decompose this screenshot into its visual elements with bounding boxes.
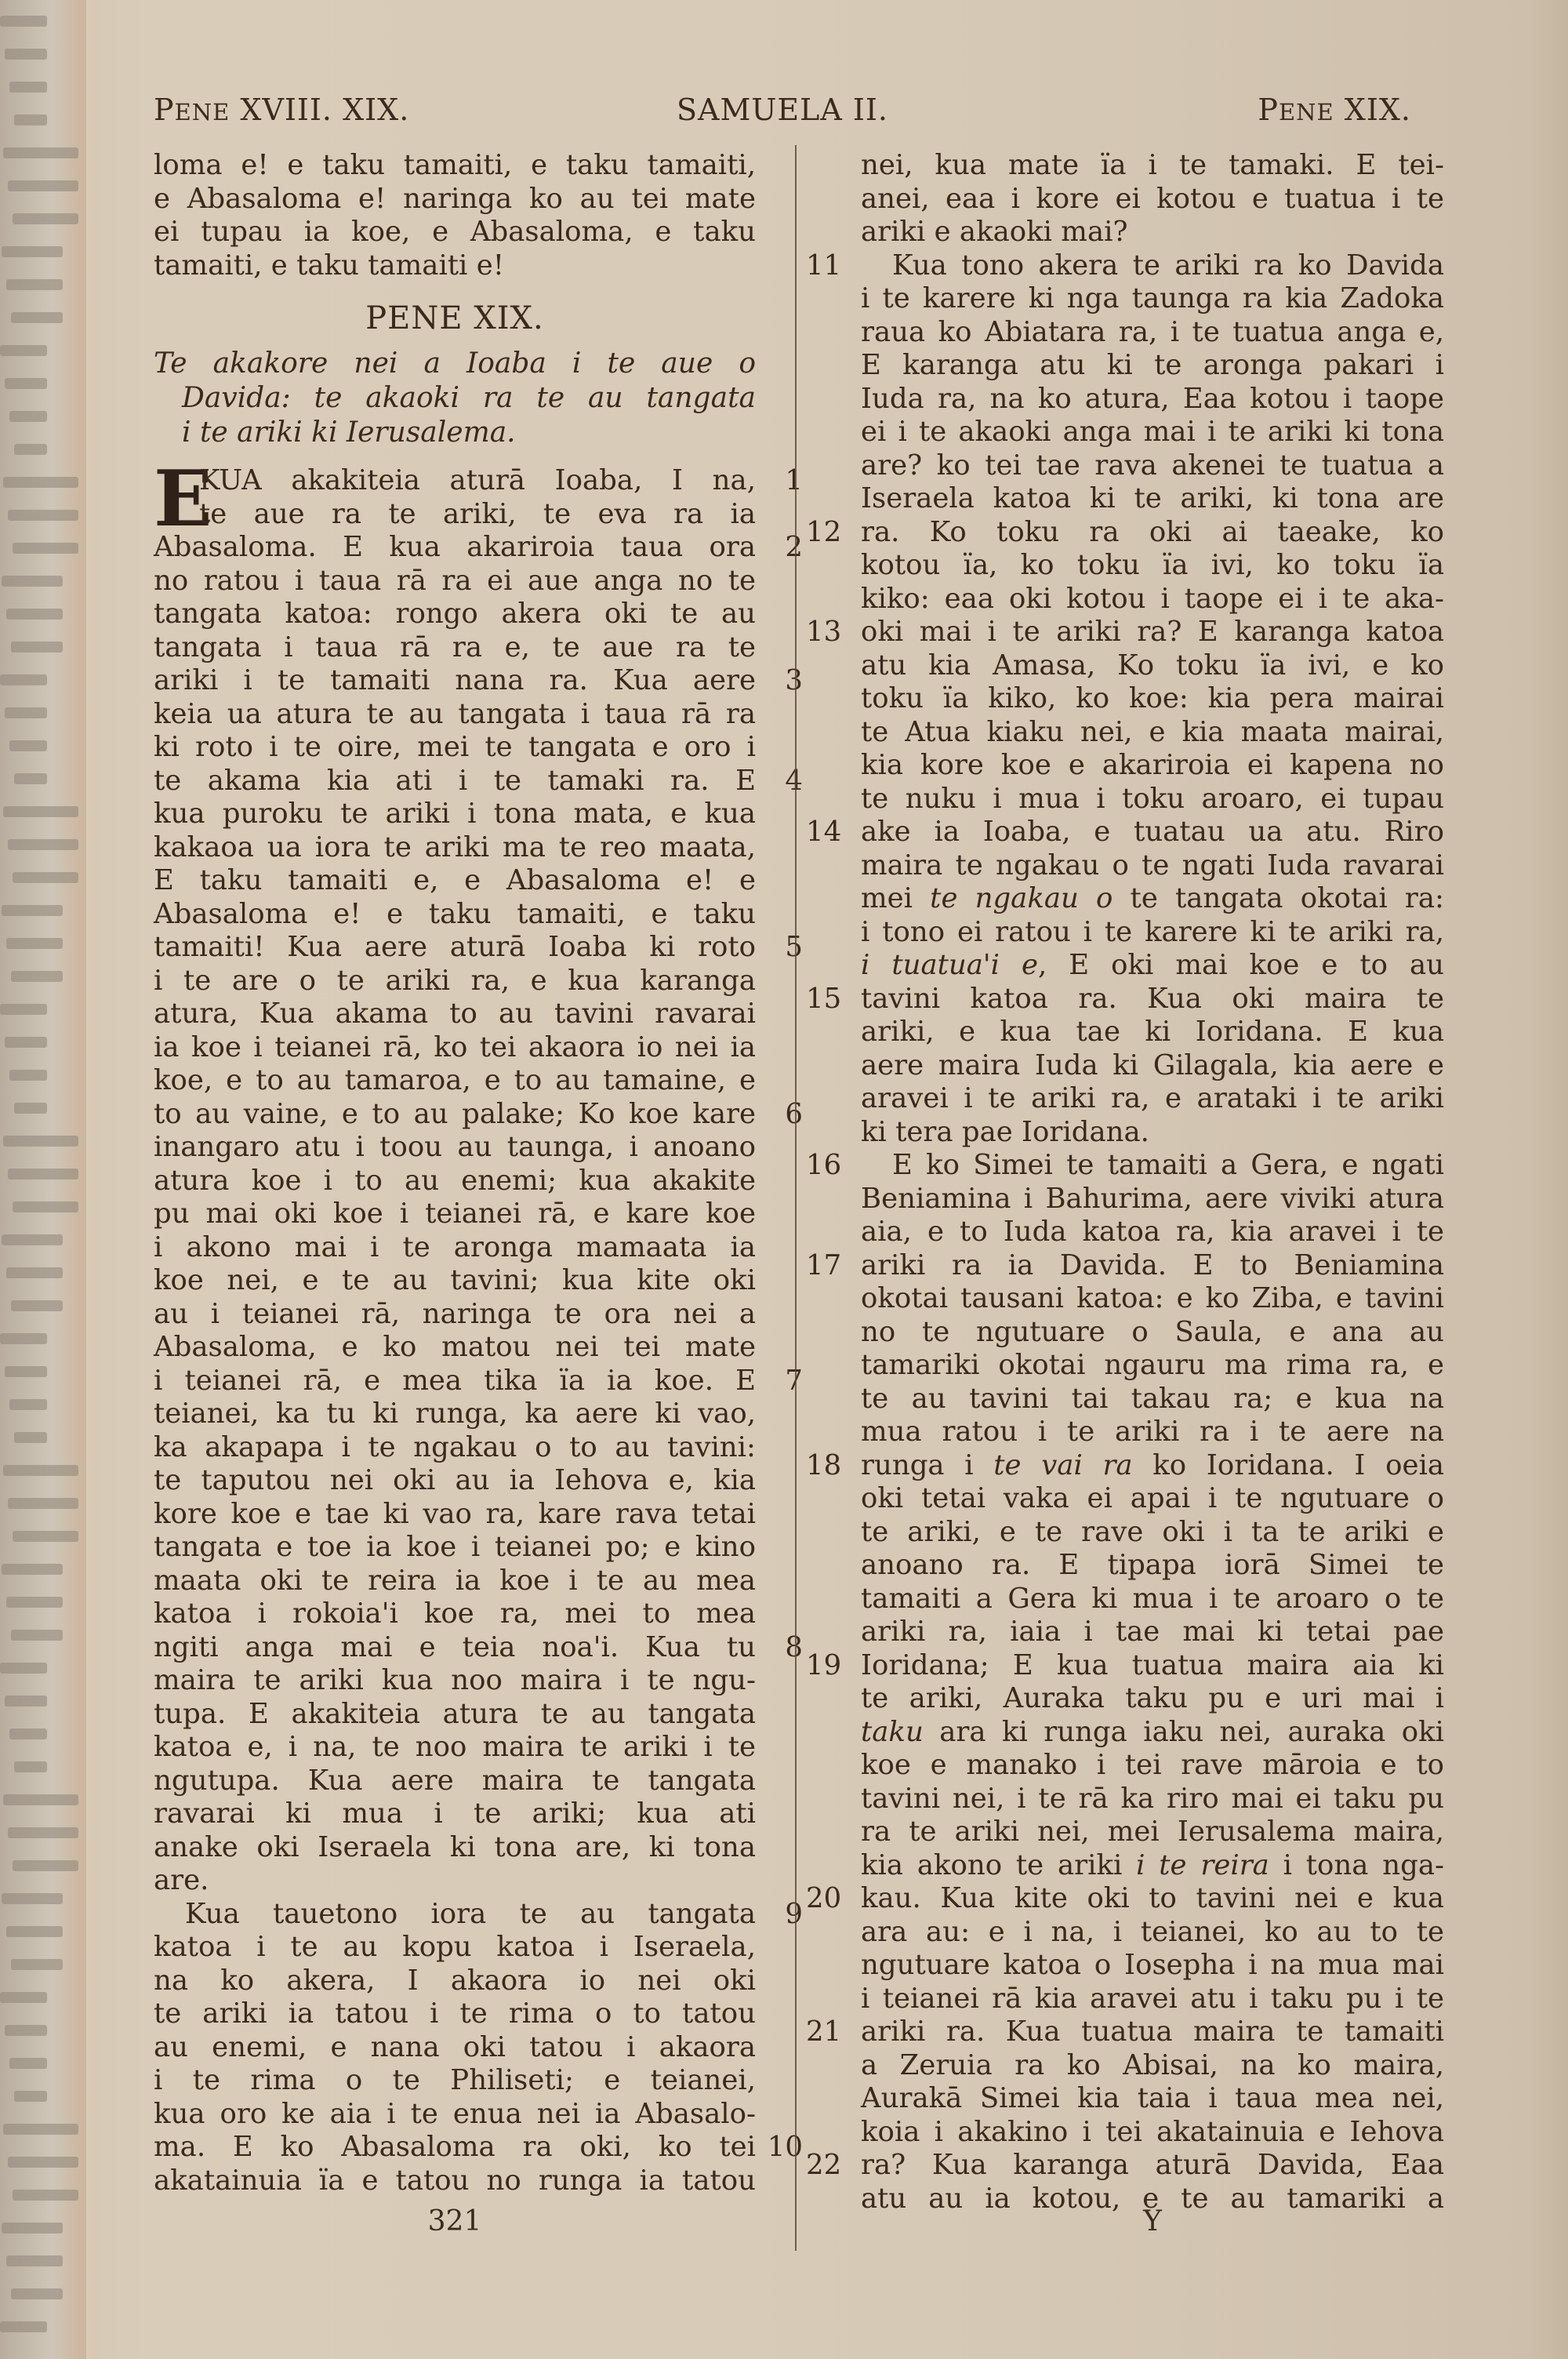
- text-line: runga i te vai ra ko Ioridana. I oeia18: [861, 1449, 1444, 1483]
- text-line: ma. E ko Abasaloma ra oki, ko tei10: [154, 2131, 756, 2165]
- line-text: anake oki Iseraela ki tona are, ki tona: [154, 1831, 756, 1863]
- verse-number: 8: [785, 1631, 803, 1665]
- text-line: koe nei, e te au tavini; kua kite oki: [154, 1264, 756, 1298]
- line-text: ki roto i te oire, mei te tangata e oro …: [154, 731, 756, 763]
- text-line: ara au: e i na, i teianei, ko au to te: [861, 1916, 1444, 1950]
- line-text: e Abasaloma e! naringa ko au tei mate: [154, 183, 756, 215]
- text-line: no ratou i taua rā ra ei aue anga no te: [154, 565, 756, 598]
- line-text: aia, e to Iuda katoa ra, kia aravei i te: [861, 1216, 1444, 1248]
- line-text: tangata i taua rā ra e, te aue ra te: [154, 631, 756, 663]
- text-line: anei, eaa i kore ei kotou e tuatua i te: [861, 183, 1444, 216]
- text-line: tangata katoa: rongo akera oki te au: [154, 598, 756, 631]
- line-text: koe, e to au tamaroa, e to au tamaine, e: [154, 1064, 756, 1096]
- text-line: i tuatua'i e, E oki mai koe e to au: [861, 949, 1444, 983]
- text-line: i akono mai i te aronga mamaata ia: [154, 1231, 756, 1265]
- verse-number: 18: [806, 1449, 841, 1483]
- verse-number: 1: [785, 464, 803, 498]
- line-text: i teianei rā, e mea tika ïa ia koe. E: [154, 1365, 756, 1397]
- text-line: are.: [154, 1864, 756, 1898]
- line-text: ake ia Ioaba, e tuatau ua atu. Riro: [861, 816, 1444, 848]
- text-line: i te karere ki nga taunga ra kia Zadoka: [861, 282, 1444, 316]
- text-line: i te rima o te Philiseti; e teianei,: [154, 2064, 756, 2098]
- text-line: na ko akera, I akaora io nei oki: [154, 1965, 756, 1998]
- text-line: Abasaloma. E kua akariroia taua ora2: [154, 531, 756, 565]
- text-line: ngutupa. Kua aere maira te tangata: [154, 1765, 756, 1798]
- verse-number: 4: [785, 765, 803, 798]
- text-line: koe e manako i tei rave māroia e to: [861, 1749, 1444, 1783]
- line-text: ei i te akaoki anga mai i te ariki ki to…: [861, 416, 1444, 448]
- text-line: te ariki, e te rave oki i ta te ariki e: [861, 1516, 1444, 1550]
- line-text: koe e manako i tei rave māroia e to: [861, 1749, 1444, 1781]
- line-text: te taputou nei oki au ia Iehova e, kia: [154, 1464, 756, 1496]
- line-text: Davida: te akaoki ra te au tangata: [182, 382, 756, 414]
- text-line: kia akono te ariki i te reira i tona nga…: [861, 1849, 1444, 1883]
- text-line: Davida: te akaoki ra te au tangata: [154, 381, 756, 416]
- text-line: au i teianei rā, naringa te ora nei a: [154, 1298, 756, 1332]
- page-number: 321: [154, 2205, 756, 2237]
- column-divider: [795, 145, 797, 2251]
- text-line: atura koe i to au enemi; kua akakite: [154, 1165, 756, 1198]
- line-text: tangata katoa: rongo akera oki te au: [154, 598, 756, 630]
- text-line: anoano ra. E tipapa iorā Simei te: [861, 1549, 1444, 1583]
- line-text: tamaiti! Kua aere aturā Ioaba ki roto: [154, 931, 756, 963]
- line-text: katoa i rokoia'i koe ra, mei to mea: [154, 1598, 756, 1630]
- text-line: E taku tamaiti e, e Abasaloma e! e: [154, 864, 756, 898]
- text-line: Iuda ra, na ko atura, Eaa kotou i taope: [861, 383, 1444, 416]
- line-text: oki tetai vaka ei apai i te ngutuare o: [861, 1482, 1444, 1514]
- line-text: Abasaloma. E kua akariroia taua ora: [154, 531, 756, 563]
- text-line: i teianei rā, e mea tika ïa ia koe. E7: [154, 1365, 756, 1398]
- line-text: maata oki te reira ia koe i te au mea: [154, 1565, 756, 1597]
- chapter-body: E KUA akakiteia aturā Ioaba, I na,1te au…: [154, 464, 756, 2197]
- text-line: loma e! e taku tamaiti, e taku tamaiti,: [154, 149, 756, 183]
- line-text: ka akapapa i te ngakau o to au tavini:: [154, 1431, 756, 1463]
- line-text: ma. E ko Abasaloma ra oki, ko tei: [154, 2131, 756, 2163]
- text-line: atura, Kua akama to au tavini ravarai: [154, 998, 756, 1031]
- line-text: kotou ïa, ko toku ïa ivi, ko toku ïa: [861, 549, 1444, 581]
- text-line: ariki i te tamaiti nana ra. Kua aere3: [154, 664, 756, 698]
- line-text: ariki ra, iaia i tae mai ki tetai pae: [861, 1616, 1444, 1648]
- text-line: oki mai i te ariki ra? E karanga katoa13: [861, 616, 1444, 649]
- text-line: raua ko Abiatara ra, i te tuatua anga e,: [861, 316, 1444, 350]
- line-text: no te ngutuare o Saula, e ana au: [861, 1316, 1444, 1348]
- text-line: maata oki te reira ia koe i te au mea: [154, 1565, 756, 1598]
- text-line: tupa. E akakiteia atura te au tangata: [154, 1698, 756, 1732]
- text-line: tamaiti, e taku tamaiti e!: [154, 249, 756, 283]
- line-text: ariki ra ia Davida. E to Beniamina: [861, 1249, 1444, 1281]
- line-text: ngutupa. Kua aere maira te tangata: [154, 1765, 756, 1797]
- text-line: katoa i te au kopu katoa i Iseraela,: [154, 1931, 756, 1965]
- verse-number: 17: [806, 1249, 841, 1283]
- text-line: toku ïa kiko, ko koe: kia pera mairai: [861, 682, 1444, 716]
- text-line: kau. Kua kite oki to tavini nei e kua20: [861, 1882, 1444, 1916]
- line-text: kiko: eaa oki kotou i taope ei i te aka-: [861, 583, 1444, 615]
- text-line: te aue ra te ariki, te eva ra ia: [154, 498, 756, 532]
- text-line: ariki e akaoki mai?: [861, 216, 1444, 249]
- line-text: ngutuare katoa o Iosepha i na mua mai: [861, 1949, 1444, 1981]
- text-line: te akama kia ati i te tamaki ra. E4: [154, 765, 756, 798]
- line-text: atura koe i to au enemi; kua akakite: [154, 1165, 756, 1197]
- text-line: ra te ariki nei, mei Ierusalema maira,: [861, 1816, 1444, 1849]
- text-line: kua oro ke aia i te enua nei ia Abasalo-: [154, 2098, 756, 2132]
- text-line: ki roto i te oire, mei te tangata e oro …: [154, 731, 756, 765]
- text-line: aia, e to Iuda katoa ra, kia aravei i te: [861, 1216, 1444, 1249]
- line-text: maira te ngakau o te ngati Iuda ravarai: [861, 849, 1444, 881]
- line-text: toku ïa kiko, ko koe: kia pera mairai: [861, 682, 1444, 714]
- verse-number: 9: [785, 1898, 803, 1932]
- text-line: tangata i taua rā ra e, te aue ra te: [154, 631, 756, 665]
- line-text: E karanga atu ki te aronga pakari i: [861, 349, 1444, 381]
- line-text: te ariki, e te rave oki i ta te ariki e: [861, 1516, 1444, 1548]
- verse-number: 19: [806, 1649, 841, 1683]
- line-text: i te rima o te Philiseti; e teianei,: [154, 2064, 756, 2096]
- chapter-summary: Te akakore nei a Ioaba i te aue oDavida:…: [154, 347, 756, 450]
- line-text: kia akono te ariki i te reira i tona nga…: [861, 1849, 1444, 1881]
- text-line: maira te ariki kua noo maira i te ngu-: [154, 1664, 756, 1698]
- line-text: Kua tauetono iora te au tangata: [185, 1898, 756, 1930]
- line-text: au enemi, e nana oki tatou i akaora: [154, 2031, 756, 2063]
- text-line: te nuku i mua i toku aroaro, ei tupau: [861, 783, 1444, 816]
- line-text: keia ua atura te au tangata i taua rā ra: [154, 698, 756, 730]
- running-head-right-prefix: PENE: [1258, 93, 1334, 127]
- line-text: Ioridana; E kua tuatua maira aia ki: [861, 1649, 1444, 1681]
- text-line: kotou ïa, ko toku ïa ivi, ko toku ïa: [861, 549, 1444, 583]
- text-line: no te ngutuare o Saula, e ana au: [861, 1316, 1444, 1350]
- text-line: ka akapapa i te ngakau o to au tavini:: [154, 1431, 756, 1465]
- text-line: Iseraela katoa ki te ariki, ki tona are: [861, 482, 1444, 516]
- line-text: taku ara ki runga iaku nei, auraka oki: [861, 1716, 1444, 1748]
- text-line: teianei, ka tu ki runga, ka aere ki vao,: [154, 1398, 756, 1431]
- line-text: akatainuia ïa e tatou no runga ia tatou: [154, 2165, 756, 2197]
- chapter-title: PENE XIX.: [154, 300, 756, 337]
- book-page: PENE XVIII. XIX. SAMUELA II. PENE XIX. l…: [0, 0, 1568, 2359]
- text-line: Kua tauetono iora te au tangata9: [154, 1898, 756, 1932]
- text-line: keia ua atura te au tangata i taua rā ra: [154, 698, 756, 732]
- line-text: kia kore koe e akariroia ei kapena no: [861, 749, 1444, 781]
- line-text: ngiti anga mai e teia noa'i. Kua tu: [154, 1631, 756, 1663]
- text-line: i te are o te ariki ra, e kua karanga: [154, 965, 756, 998]
- line-text: te aue ra te ariki, te eva ra ia: [199, 498, 756, 530]
- line-text: atu kia Amasa, Ko toku ïa ivi, e ko: [861, 649, 1444, 682]
- text-line: te ariki, Auraka taku pu e uri mai i: [861, 1682, 1444, 1716]
- text-line: mua ratou i te ariki ra i te aere na: [861, 1416, 1444, 1449]
- verse-number: 16: [806, 1149, 841, 1183]
- text-line: ngiti anga mai e teia noa'i. Kua tu8: [154, 1631, 756, 1665]
- verse-number: 7: [785, 1365, 803, 1398]
- text-line: ariki ra, iaia i tae mai ki tetai pae: [861, 1616, 1444, 1649]
- line-text: nei, kua mate ïa i te tamaki. E tei-: [861, 149, 1444, 181]
- verse-number: 3: [785, 664, 803, 698]
- line-text: tavini katoa ra. Kua oki maira te: [861, 983, 1444, 1015]
- text-line: a Zeruia ra ko Abisai, na ko maira,: [861, 2049, 1444, 2083]
- line-text: are? ko tei tae rava akenei te tuatua a: [861, 449, 1444, 482]
- line-text: i teianei rā kia aravei atu i taku pu i …: [861, 1983, 1444, 2015]
- running-head-book-title: SAMUELA II.: [154, 93, 1411, 127]
- text-line: Abasaloma e! e taku tamaiti, e taku: [154, 898, 756, 932]
- line-text: tavini nei, i te rā ka riro mai ei taku …: [861, 1783, 1444, 1815]
- text-line: tamaiti a Gera ki mua i te aroaro o te: [861, 1583, 1444, 1616]
- verse-number: 21: [806, 2016, 841, 2049]
- verse-number: 2: [785, 531, 803, 565]
- line-text: ia koe i teianei rā, ko tei akaora io ne…: [154, 1031, 756, 1063]
- text-line: okotai tausani katoa: e ko Ziba, e tavin…: [861, 1282, 1444, 1316]
- line-text: maira te ariki kua noo maira i te ngu-: [154, 1664, 756, 1696]
- text-line: e Abasaloma e! naringa ko au tei mate: [154, 183, 756, 216]
- line-text: te Atua kiaku nei, e kia maata mairai,: [861, 716, 1444, 748]
- text-line: ra. Ko toku ra oki ai taeake, ko12: [861, 516, 1444, 550]
- text-line: ngutuare katoa o Iosepha i na mua mai: [861, 1949, 1444, 1983]
- line-text: aere maira Iuda ki Gilagala, kia aere e: [861, 1049, 1444, 1081]
- text-line: ki tera pae Ioridana.: [861, 1116, 1444, 1150]
- line-text: koe nei, e te au tavini; kua kite oki: [154, 1264, 756, 1296]
- line-text: kua puroku te ariki i tona mata, e kua: [154, 798, 756, 830]
- text-line: maira te ngakau o te ngati Iuda ravarai: [861, 849, 1444, 883]
- line-text: tangata e toe ia koe i teianei po; e kin…: [154, 1531, 756, 1563]
- text-line: ariki, e kua tae ki Ioridana. E kua: [861, 1016, 1444, 1049]
- text-line: aere maira Iuda ki Gilagala, kia aere e: [861, 1049, 1444, 1083]
- line-text: atura, Kua akama to au tavini ravarai: [154, 998, 756, 1030]
- line-text: oki mai i te ariki ra? E karanga katoa: [861, 616, 1444, 648]
- line-text: i tuatua'i e, E oki mai koe e to au: [861, 949, 1444, 981]
- line-text: te ariki, Auraka taku pu e uri mai i: [861, 1682, 1444, 1714]
- text-line: i tono ei ratou i te karere ki te ariki …: [861, 916, 1444, 950]
- line-text: Iuda ra, na ko atura, Eaa kotou i taope: [861, 383, 1444, 415]
- line-text: koia i akakino i tei akatainuia e Iehova: [861, 2116, 1444, 2148]
- line-text: runga i te vai ra ko Ioridana. I oeia: [861, 1449, 1444, 1481]
- text-line: Te akakore nei a Ioaba i te aue o: [154, 347, 756, 381]
- verse-number: 20: [806, 1882, 841, 1916]
- line-text: Aurakā Simei kia taia i taua mea nei,: [861, 2082, 1444, 2114]
- text-line: koia i akakino i tei akatainuia e Iehova: [861, 2116, 1444, 2150]
- verse-number: 13: [806, 616, 841, 649]
- line-text: ariki i te tamaiti nana ra. Kua aere: [154, 664, 756, 696]
- line-text: Iseraela katoa ki te ariki, ki tona are: [861, 482, 1444, 514]
- line-text: i te karere ki nga taunga ra kia Zadoka: [861, 282, 1444, 314]
- line-text: pu mai oki koe i teianei rā, e kare koe: [154, 1198, 756, 1230]
- line-text: tamariki okotai ngauru ma rima ra, e: [861, 1349, 1444, 1381]
- text-line: to au vaine, e to au palake; Ko koe kare…: [154, 1098, 756, 1132]
- line-text: katoa i te au kopu katoa i Iseraela,: [154, 1931, 756, 1963]
- text-line: te Atua kiaku nei, e kia maata mairai,: [861, 716, 1444, 750]
- line-text: okotai tausani katoa: e ko Ziba, e tavin…: [861, 1282, 1444, 1314]
- text-line: tavini nei, i te rā ka riro mai ei taku …: [861, 1783, 1444, 1816]
- text-line: Ioridana; E kua tuatua maira aia ki19: [861, 1649, 1444, 1683]
- chapter-18-continuation: loma e! e taku tamaiti, e taku tamaiti,e…: [154, 149, 756, 282]
- line-text: ara au: e i na, i teianei, ko au to te: [861, 1916, 1444, 1948]
- text-line: tavini katoa ra. Kua oki maira te15: [861, 983, 1444, 1016]
- line-text: E ko Simei te tamaiti a Gera, e ngati: [892, 1149, 1444, 1181]
- line-text: ra te ariki nei, mei Ierusalema maira,: [861, 1816, 1444, 1848]
- text-line: mei te ngakau o te tangata okotai ra:: [861, 882, 1444, 916]
- line-text: kua oro ke aia i te enua nei ia Abasalo-: [154, 2098, 756, 2130]
- text-line: kore koe e tae ki vao ra, kare rava teta…: [154, 1498, 756, 1532]
- line-text: a Zeruia ra ko Abisai, na ko maira,: [861, 2049, 1444, 2081]
- line-text: katoa e, i na, te noo maira te ariki i t…: [154, 1731, 756, 1763]
- text-line: akatainuia ïa e tatou no runga ia tatou: [154, 2165, 756, 2198]
- text-line: tangata e toe ia koe i teianei po; e kin…: [154, 1531, 756, 1565]
- text-line: kia kore koe e akariroia ei kapena no: [861, 749, 1444, 783]
- text-line: oki tetai vaka ei apai i te ngutuare o: [861, 1482, 1444, 1516]
- verse-number: 11: [806, 249, 841, 283]
- left-column: loma e! e taku tamaiti, e taku tamaiti,e…: [154, 149, 756, 2197]
- text-line: i te ariki ki Ierusalema.: [154, 416, 756, 450]
- verse-number: 12: [806, 516, 841, 550]
- text-line: nei, kua mate ïa i te tamaki. E tei-: [861, 149, 1444, 183]
- text-line: are? ko tei tae rava akenei te tuatua a: [861, 449, 1444, 483]
- line-text: ra? Kua karanga aturā Davida, Eaa: [861, 2149, 1444, 2181]
- verse-number: 14: [806, 816, 841, 849]
- text-line: E karanga atu ki te aronga pakari i: [861, 349, 1444, 383]
- text-line: te ariki ia tatou i te rima o to tatou: [154, 1997, 756, 2031]
- line-text: tamaiti, e taku tamaiti e!: [154, 249, 504, 282]
- line-text: ariki ra. Kua tuatua maira te tamaiti: [861, 2016, 1444, 2048]
- text-line: kakaoa ua iora te ariki ma te reo maata,: [154, 831, 756, 865]
- text-line: i teianei rā kia aravei atu i taku pu i …: [861, 1983, 1444, 2016]
- running-head-right-numerals: XIX.: [1345, 93, 1411, 127]
- line-text: aravei i te ariki ra, e arataki i te ari…: [861, 1082, 1444, 1114]
- line-text: loma e! e taku tamaiti, e taku tamaiti,: [154, 149, 756, 181]
- verse-number: 15: [806, 983, 841, 1016]
- text-line: tamariki okotai ngauru ma rima ra, e: [861, 1349, 1444, 1383]
- line-text: mei te ngakau o te tangata okotai ra:: [861, 882, 1444, 914]
- right-column: nei, kua mate ïa i te tamaki. E tei-anei…: [861, 149, 1444, 2215]
- text-line: te taputou nei oki au ia Iehova e, kia: [154, 1464, 756, 1498]
- line-text: i te are o te ariki ra, e kua karanga: [154, 965, 756, 997]
- text-line: katoa i rokoia'i koe ra, mei to mea: [154, 1598, 756, 1631]
- line-text: anoano ra. E tipapa iorā Simei te: [861, 1549, 1444, 1581]
- line-text: to au vaine, e to au palake; Ko koe kare: [154, 1098, 756, 1130]
- line-text: E taku tamaiti e, e Abasaloma e! e: [154, 864, 756, 896]
- text-line: ei tupau ia koe, e Abasaloma, e taku: [154, 216, 756, 249]
- text-line: Abasaloma, e ko matou nei tei mate: [154, 1331, 756, 1365]
- text-line: koe, e to au tamaroa, e to au tamaine, e: [154, 1064, 756, 1098]
- line-text: tamaiti a Gera ki mua i te aroaro o te: [861, 1583, 1444, 1615]
- line-text: teianei, ka tu ki runga, ka aere ki vao,: [154, 1398, 756, 1430]
- line-text: mua ratou i te ariki ra i te aere na: [861, 1416, 1444, 1448]
- text-line: ravarai ki mua i te ariki; kua ati: [154, 1797, 756, 1831]
- line-text: ariki e akaoki mai?: [861, 216, 1128, 248]
- text-line: kua puroku te ariki i tona mata, e kua: [154, 798, 756, 831]
- text-line: KUA akakiteia aturā Ioaba, I na,1: [154, 464, 756, 498]
- text-line: au enemi, e nana oki tatou i akaora: [154, 2031, 756, 2065]
- text-line: ariki ra. Kua tuatua maira te tamaiti21: [861, 2016, 1444, 2049]
- line-text: i tono ei ratou i te karere ki te ariki …: [861, 916, 1444, 948]
- line-text: Abasaloma e! e taku tamaiti, e taku: [154, 898, 756, 930]
- line-text: no ratou i taua rā ra ei aue anga no te: [154, 565, 756, 597]
- text-line: atu kia Amasa, Ko toku ïa ivi, e ko: [861, 649, 1444, 683]
- text-line: tamaiti! Kua aere aturā Ioaba ki roto5: [154, 931, 756, 965]
- text-line: E ko Simei te tamaiti a Gera, e ngati16: [861, 1149, 1444, 1183]
- text-line: anake oki Iseraela ki tona are, ki tona: [154, 1831, 756, 1865]
- line-text: anei, eaa i kore ei kotou e tuatua i te: [861, 183, 1444, 215]
- line-text: KUA akakiteia aturā Ioaba, I na,: [199, 464, 756, 496]
- verse-number: 22: [806, 2149, 841, 2183]
- line-text: ravarai ki mua i te ariki; kua ati: [154, 1797, 756, 1830]
- line-text: are.: [154, 1864, 209, 1896]
- text-line: pu mai oki koe i teianei rā, e kare koe: [154, 1198, 756, 1231]
- line-text: inangaro atu i toou au taunga, i anoano: [154, 1131, 756, 1163]
- line-text: kore koe e tae ki vao ra, kare rava teta…: [154, 1498, 756, 1530]
- adjacent-page-edge: [0, 0, 86, 2359]
- line-text: Te akakore nei a Ioaba i te aue o: [154, 347, 756, 380]
- text-line: taku ara ki runga iaku nei, auraka oki: [861, 1716, 1444, 1750]
- text-line: katoa e, i na, te noo maira te ariki i t…: [154, 1731, 756, 1765]
- text-line: kiko: eaa oki kotou i taope ei i te aka-: [861, 583, 1444, 616]
- text-line: Beniamina i Bahurima, aere viviki atura: [861, 1183, 1444, 1216]
- verse-number: 10: [768, 2131, 803, 2165]
- line-text: te au tavini tai takau ra; e kua na: [861, 1383, 1444, 1415]
- line-text: Beniamina i Bahurima, aere viviki atura: [861, 1183, 1444, 1215]
- line-text: ra. Ko toku ra oki ai taeake, ko: [861, 516, 1444, 548]
- line-text: ki tera pae Ioridana.: [861, 1116, 1149, 1148]
- line-text: kakaoa ua iora te ariki ma te reo maata,: [154, 831, 756, 863]
- text-line: inangaro atu i toou au taunga, i anoano: [154, 1131, 756, 1165]
- line-text: kau. Kua kite oki to tavini nei e kua: [861, 1882, 1444, 1914]
- line-text: au i teianei rā, naringa te ora nei a: [154, 1298, 756, 1330]
- text-line: te au tavini tai takau ra; e kua na: [861, 1383, 1444, 1416]
- signature-mark: Y: [861, 2205, 1444, 2237]
- text-line: ake ia Ioaba, e tuatau ua atu. Riro14: [861, 816, 1444, 849]
- text-line: Aurakā Simei kia taia i taua mea nei,: [861, 2082, 1444, 2116]
- line-text: i te ariki ki Ierusalema.: [182, 416, 516, 449]
- line-text: Kua tono akera te ariki ra ko Davida: [892, 249, 1444, 282]
- line-text: raua ko Abiatara ra, i te tuatua anga e,: [861, 316, 1444, 348]
- verse-number: 6: [785, 1098, 803, 1132]
- verse-number: 5: [785, 931, 803, 965]
- text-line: ei i te akaoki anga mai i te ariki ki to…: [861, 416, 1444, 449]
- line-text: na ko akera, I akaora io nei oki: [154, 1965, 756, 1997]
- line-text: ei tupau ia koe, e Abasaloma, e taku: [154, 216, 756, 248]
- line-text: ariki, e kua tae ki Ioridana. E kua: [861, 1016, 1444, 1048]
- text-line: Kua tono akera te ariki ra ko Davida11: [861, 249, 1444, 283]
- line-text: te ariki ia tatou i te rima o to tatou: [154, 1997, 756, 2030]
- text-line: ia koe i teianei rā, ko tei akaora io ne…: [154, 1031, 756, 1065]
- line-text: tupa. E akakiteia atura te au tangata: [154, 1698, 756, 1730]
- text-line: aravei i te ariki ra, e arataki i te ari…: [861, 1082, 1444, 1116]
- text-line: ra? Kua karanga aturā Davida, Eaa22: [861, 2149, 1444, 2183]
- line-text: i akono mai i te aronga mamaata ia: [154, 1231, 756, 1263]
- running-head-right: PENE XIX.: [1258, 93, 1411, 127]
- line-text: te akama kia ati i te tamaki ra. E: [154, 765, 756, 797]
- line-text: te nuku i mua i toku aroaro, ei tupau: [861, 783, 1444, 815]
- line-text: Abasaloma, e ko matou nei tei mate: [154, 1331, 756, 1363]
- running-head: PENE XVIII. XIX. SAMUELA II. PENE XIX.: [154, 93, 1411, 132]
- text-line: ariki ra ia Davida. E to Beniamina17: [861, 1249, 1444, 1283]
